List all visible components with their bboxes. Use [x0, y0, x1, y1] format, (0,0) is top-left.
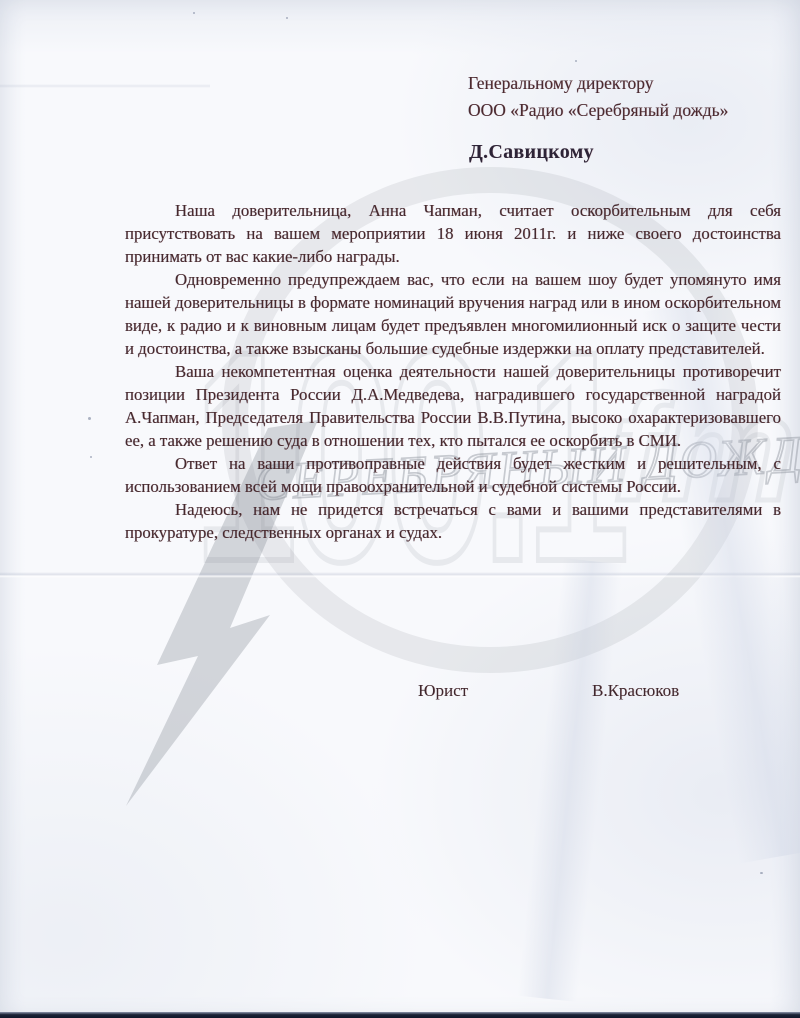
- signer-title: Юрист: [418, 681, 468, 701]
- letter-paragraph: Одновременно предупреждаем вас, что если…: [125, 268, 781, 360]
- addressee-name: Д.Савицкому: [469, 141, 594, 164]
- recipient-block: Генеральному директору ООО «Радио «Сереб…: [468, 70, 728, 124]
- scanner-edge-strip: [0, 1012, 800, 1018]
- letter-paragraph: Надеюсь, нам не придется встречаться с в…: [125, 498, 781, 544]
- paper-crease: [0, 572, 800, 578]
- signature-row: Юрист В.Красюков: [0, 681, 800, 705]
- scan-speck: [88, 417, 91, 420]
- letter-paragraph: Ваша некомпетентная оценка деятельности …: [125, 360, 781, 452]
- letter-paragraph: Ответ на ваши противоправные действия бу…: [125, 452, 781, 498]
- scan-speck: [760, 872, 763, 874]
- scan-speck: [193, 12, 195, 14]
- signer-name: В.Красюков: [592, 681, 679, 701]
- paper-fold-shadow: [517, 558, 623, 1002]
- letter-paragraph: Наша доверительница, Анна Чапман, считае…: [125, 199, 781, 268]
- paper-crease: [0, 84, 210, 88]
- recipient-company-line: ООО «Радио «Серебряный дождь»: [468, 97, 728, 124]
- scan-speck: [286, 17, 288, 19]
- scan-speck: [575, 60, 577, 62]
- letter-body: Наша доверительница, Анна Чапман, считае…: [125, 199, 781, 544]
- scan-speck: [90, 456, 92, 458]
- scanned-letter-page: 100.1 fm СЕРЕБРЯНЫЙ ДОЖДЬ Генеральному д…: [0, 0, 800, 1018]
- recipient-position-line: Генеральному директору: [468, 70, 728, 97]
